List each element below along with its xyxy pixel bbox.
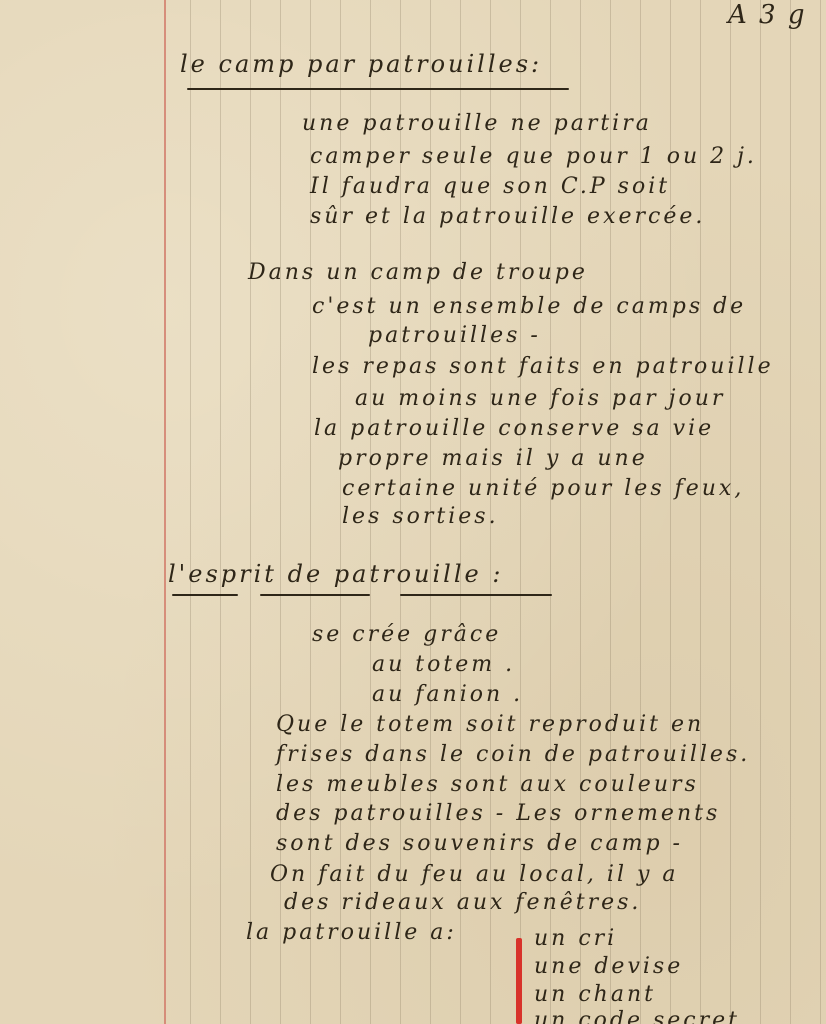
text-line: les repas sont faits en patrouille [312,356,774,378]
text-line: au totem . [372,654,515,676]
text-line: patrouilles - [368,325,541,347]
text-line: Il faudra que son C.P soit [310,176,670,198]
text-line: c'est un ensemble de camps de [312,296,746,318]
heading-underline [400,594,552,596]
list-item: un cri [534,928,617,950]
red-bracket-mark [516,938,522,1024]
heading-underline [187,88,569,90]
text-line: la patrouille conserve sa vie [314,418,714,440]
text-line: sont des souvenirs de camp - [276,833,683,855]
list-item: un chant [534,984,656,1006]
heading-underline [260,594,370,596]
text-line: On fait du feu au local, il y a [270,864,679,886]
page-folio: A 3 g [728,2,807,28]
text-line: frises dans le coin de patrouilles. [276,744,750,766]
heading-underline [172,594,238,596]
text-line: la patrouille a: [246,922,457,944]
text-line: se crée grâce [312,624,501,646]
section-heading-camp-par-patrouilles: le camp par patrouilles: [180,52,542,76]
red-margin-line [164,0,166,1024]
text-line: une patrouille ne partira [302,113,652,135]
text-line: au moins une fois par jour [355,388,725,410]
text-line: des rideaux aux fenêtres. [284,892,641,914]
notebook-page: A 3 g le camp par patrouilles: une patro… [0,0,826,1024]
text-line: sûr et la patrouille exercée. [310,206,705,228]
section-heading-esprit-de-patrouille: l'esprit de patrouille : [168,562,503,586]
text-line: Que le totem soit reproduit en [276,714,704,736]
list-item: un code secret [534,1010,740,1024]
text-line: des patrouilles - Les ornements [276,803,720,825]
text-line: certaine unité pour les feux, [342,478,744,500]
list-item: une devise [534,956,683,978]
text-line: camper seule que pour 1 ou 2 j. [310,146,757,168]
paragraph-intro: Dans un camp de troupe [248,262,588,284]
text-line: les sorties. [342,506,499,528]
text-line: au fanion . [372,684,523,706]
text-line: les meubles sont aux couleurs [276,774,699,796]
text-line: propre mais il y a une [338,448,648,470]
